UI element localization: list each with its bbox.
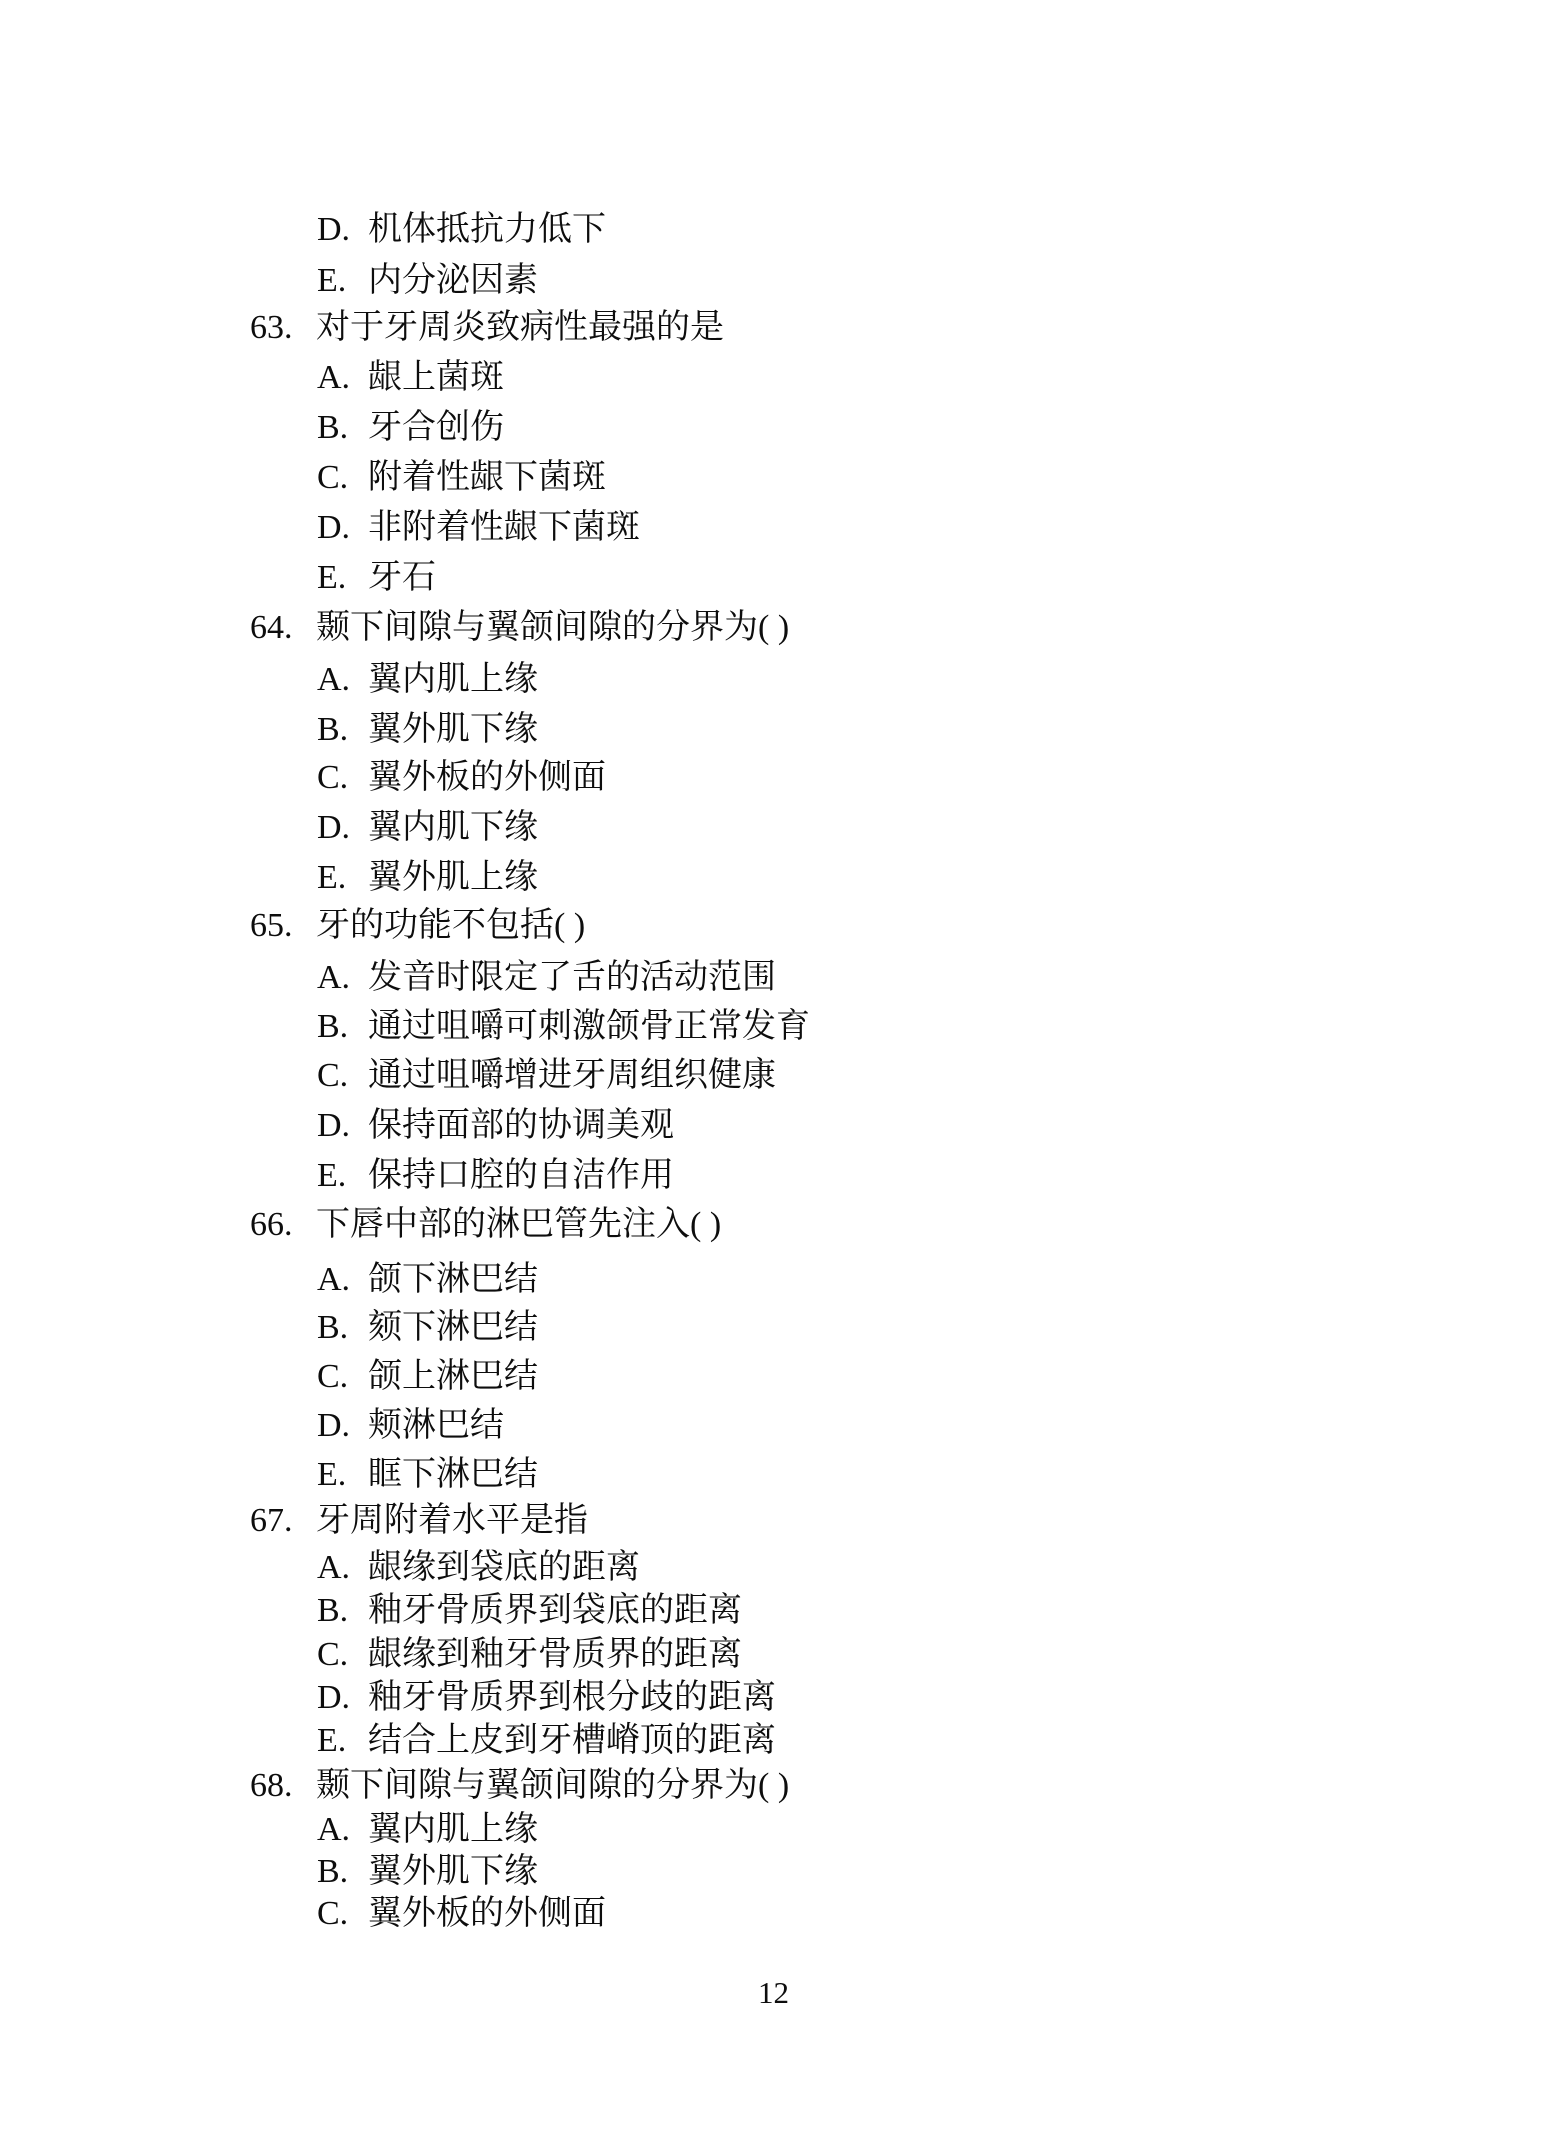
option-letter: D.	[317, 808, 350, 848]
question-line: 67.牙周附着水平是指	[0, 1501, 1550, 1547]
option-text: 眶下淋巴结	[368, 1455, 538, 1495]
option-line: E.眶下淋巴结	[0, 1455, 1550, 1501]
option-text: 牙合创伤	[368, 408, 504, 448]
option-text: 颌上淋巴结	[368, 1357, 538, 1397]
option-line: B.釉牙骨质界到袋底的距离	[0, 1591, 1550, 1637]
option-letter: E.	[317, 1455, 346, 1495]
question-number: 66.	[250, 1205, 293, 1245]
option-line: D.保持面部的协调美观	[0, 1106, 1550, 1152]
option-letter: B.	[317, 1308, 348, 1348]
option-text: 龈上菌斑	[368, 358, 504, 398]
option-letter: B.	[317, 1852, 348, 1892]
question-line: 65.牙的功能不包括( )	[0, 906, 1550, 952]
option-line: A.翼内肌上缘	[0, 1810, 1550, 1856]
question-line: 64.颞下间隙与翼颌间隙的分界为( )	[0, 608, 1550, 654]
option-line: D.釉牙骨质界到根分歧的距离	[0, 1678, 1550, 1724]
option-letter: C.	[317, 458, 348, 498]
question-text: 下唇中部的淋巴管先注入( )	[316, 1205, 721, 1245]
option-line: A.龈上菌斑	[0, 358, 1550, 404]
option-text: 颊淋巴结	[368, 1406, 504, 1446]
question-text: 牙的功能不包括( )	[316, 906, 585, 946]
question-text: 颞下间隙与翼颌间隙的分界为( )	[316, 608, 789, 648]
option-letter: C.	[317, 1894, 348, 1934]
question-text: 颞下间隙与翼颌间隙的分界为( )	[316, 1766, 789, 1806]
question-line: 68.颞下间隙与翼颌间隙的分界为( )	[0, 1766, 1550, 1812]
exam-document-page: D.机体抵抗力低下E.内分泌因素63.对于牙周炎致病性最强的是A.龈上菌斑B.牙…	[0, 0, 1550, 2150]
option-text: 保持面部的协调美观	[368, 1106, 674, 1146]
option-line: D.翼内肌下缘	[0, 808, 1550, 854]
option-text: 翼内肌下缘	[368, 808, 538, 848]
option-letter: E.	[317, 558, 346, 598]
option-text: 翼外板的外侧面	[368, 758, 606, 798]
option-text: 龈缘到袋底的距离	[368, 1548, 640, 1588]
option-letter: D.	[317, 1106, 350, 1146]
option-text: 内分泌因素	[368, 261, 538, 301]
option-text: 通过咀嚼可刺激颌骨正常发育	[368, 1007, 810, 1047]
option-text: 釉牙骨质界到袋底的距离	[368, 1591, 742, 1631]
option-letter: A.	[317, 1548, 350, 1588]
option-line: B.翼外肌下缘	[0, 1852, 1550, 1898]
option-line: E.内分泌因素	[0, 261, 1550, 307]
option-text: 颌下淋巴结	[368, 1260, 538, 1300]
option-line: A.颌下淋巴结	[0, 1260, 1550, 1306]
option-letter: A.	[317, 1260, 350, 1300]
option-line: A.翼内肌上缘	[0, 660, 1550, 706]
option-text: 翼内肌上缘	[368, 1810, 538, 1850]
option-letter: B.	[317, 710, 348, 750]
option-text: 翼外肌下缘	[368, 710, 538, 750]
option-letter: D.	[317, 1406, 350, 1446]
option-text: 龈缘到釉牙骨质界的距离	[368, 1635, 742, 1675]
option-text: 翼外板的外侧面	[368, 1894, 606, 1934]
option-line: A.龈缘到袋底的距离	[0, 1548, 1550, 1594]
option-text: 颏下淋巴结	[368, 1308, 538, 1348]
option-letter: C.	[317, 1357, 348, 1397]
option-line: A.发音时限定了舌的活动范围	[0, 958, 1550, 1004]
option-letter: D.	[317, 508, 350, 548]
question-number: 68.	[250, 1766, 293, 1806]
option-letter: E.	[317, 1721, 346, 1761]
option-text: 发音时限定了舌的活动范围	[368, 958, 776, 998]
question-line: 66.下唇中部的淋巴管先注入( )	[0, 1205, 1550, 1251]
option-letter: A.	[317, 660, 350, 700]
option-letter: D.	[317, 1678, 350, 1718]
option-line: D.非附着性龈下菌斑	[0, 508, 1550, 554]
question-number: 67.	[250, 1501, 293, 1541]
question-number: 63.	[250, 308, 293, 348]
option-text: 附着性龈下菌斑	[368, 458, 606, 498]
option-text: 翼内肌上缘	[368, 660, 538, 700]
option-line: D.机体抵抗力低下	[0, 210, 1550, 256]
question-number: 65.	[250, 906, 293, 946]
option-letter: B.	[317, 1591, 348, 1631]
option-line: C.龈缘到釉牙骨质界的距离	[0, 1635, 1550, 1681]
option-letter: C.	[317, 1635, 348, 1675]
option-line: C.通过咀嚼增进牙周组织健康	[0, 1056, 1550, 1102]
option-letter: B.	[317, 408, 348, 448]
option-letter: E.	[317, 1156, 346, 1196]
option-line: C.翼外板的外侧面	[0, 1894, 1550, 1940]
question-text: 牙周附着水平是指	[316, 1501, 588, 1541]
option-text: 翼外肌下缘	[368, 1852, 538, 1892]
option-text: 保持口腔的自洁作用	[368, 1156, 674, 1196]
option-line: B.颏下淋巴结	[0, 1308, 1550, 1354]
option-text: 通过咀嚼增进牙周组织健康	[368, 1056, 776, 1096]
option-text: 牙石	[368, 558, 436, 598]
option-line: D.颊淋巴结	[0, 1406, 1550, 1452]
option-line: E.牙石	[0, 558, 1550, 604]
option-text: 机体抵抗力低下	[368, 210, 606, 250]
option-text: 釉牙骨质界到根分歧的距离	[368, 1678, 776, 1718]
option-line: B.翼外肌下缘	[0, 710, 1550, 756]
option-line: B.牙合创伤	[0, 408, 1550, 454]
option-letter: D.	[317, 210, 350, 250]
option-letter: E.	[317, 858, 346, 898]
option-letter: C.	[317, 1056, 348, 1096]
option-text: 翼外肌上缘	[368, 858, 538, 898]
option-letter: A.	[317, 1810, 350, 1850]
option-line: C.附着性龈下菌斑	[0, 458, 1550, 504]
option-line: C.颌上淋巴结	[0, 1357, 1550, 1403]
page-number: 12	[758, 1976, 789, 2010]
option-line: C.翼外板的外侧面	[0, 758, 1550, 804]
option-letter: A.	[317, 958, 350, 998]
option-text: 非附着性龈下菌斑	[368, 508, 640, 548]
option-letter: E.	[317, 261, 346, 301]
question-line: 63.对于牙周炎致病性最强的是	[0, 308, 1550, 354]
question-text: 对于牙周炎致病性最强的是	[316, 308, 724, 348]
option-letter: A.	[317, 358, 350, 398]
option-letter: C.	[317, 758, 348, 798]
option-letter: B.	[317, 1007, 348, 1047]
question-number: 64.	[250, 608, 293, 648]
option-text: 结合上皮到牙槽嵴顶的距离	[368, 1721, 776, 1761]
option-line: E.结合上皮到牙槽嵴顶的距离	[0, 1721, 1550, 1767]
option-line: B.通过咀嚼可刺激颌骨正常发育	[0, 1007, 1550, 1053]
option-line: E.翼外肌上缘	[0, 858, 1550, 904]
option-line: E.保持口腔的自洁作用	[0, 1156, 1550, 1202]
